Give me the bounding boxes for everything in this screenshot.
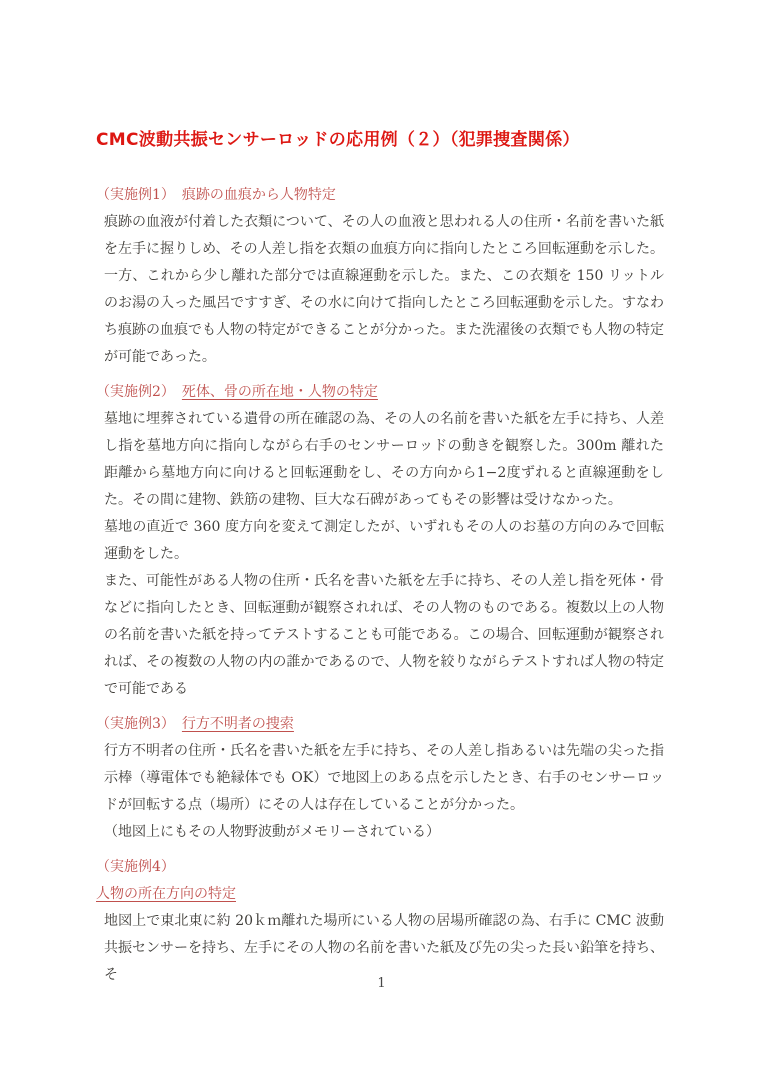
section-example-1: （実施例1）痕跡の血痕から人物特定 痕跡の血液が付着した衣類について、その人の血… [96,182,664,371]
section-heading: （実施例4）人物の所在方向の特定 [96,854,664,908]
section-example-3: （実施例3）行方不明者の捜索 行方不明者の住所・氏名を書いた紙を左手に持ち、その… [96,711,664,846]
page-number: 1 [0,976,763,992]
section-label: （実施例1） [96,187,175,203]
section-title: 痕跡の血痕から人物特定 [182,187,336,203]
section-example-4: （実施例4）人物の所在方向の特定 地図上で東北東に約 20ｋｍ離れた場所にいる人… [96,854,664,989]
section-example-2: （実施例2）死体、骨の所在地・人物の特定 墓地に埋葬されている遺骨の所在確認の為… [96,379,664,703]
section-heading: （実施例2）死体、骨の所在地・人物の特定 [96,379,664,406]
paragraph: 墓地の直近で 360 度方向を変えて測定したが、いずれもその人のお墓の方向のみで… [96,514,664,568]
document-page: CMC波動共振センサーロッドの応用例（２）（犯罪捜査関係） （実施例1）痕跡の血… [0,0,763,1080]
section-label: （実施例4） [96,859,175,875]
paragraph: また、可能性がある人物の住所・氏名を書いた紙を左手に持ち、その人差し指を死体・骨… [96,568,664,703]
section-title: 行方不明者の捜索 [182,716,294,732]
paragraph: 行方不明者の住所・氏名を書いた紙を左手に持ち、その人差し指あるいは先端の尖った指… [96,738,664,819]
paragraph: （地図上にもその人物野波動がメモリーされている） [96,819,664,846]
section-title: 人物の所在方向の特定 [96,881,664,908]
paragraph: 墓地に埋葬されている遺骨の所在確認の為、その人の名前を書いた紙を左手に持ち、人差… [96,406,664,514]
section-heading: （実施例1）痕跡の血痕から人物特定 [96,182,664,209]
section-label: （実施例2） [96,384,175,400]
paragraph: 痕跡の血液が付着した衣類について、その人の血液と思われる人の住所・名前を書いた紙… [96,209,664,371]
section-title: 死体、骨の所在地・人物の特定 [182,384,378,400]
section-label: （実施例3） [96,716,175,732]
section-heading: （実施例3）行方不明者の捜索 [96,711,664,738]
page-title: CMC波動共振センサーロッドの応用例（２）（犯罪捜査関係） [96,128,664,152]
